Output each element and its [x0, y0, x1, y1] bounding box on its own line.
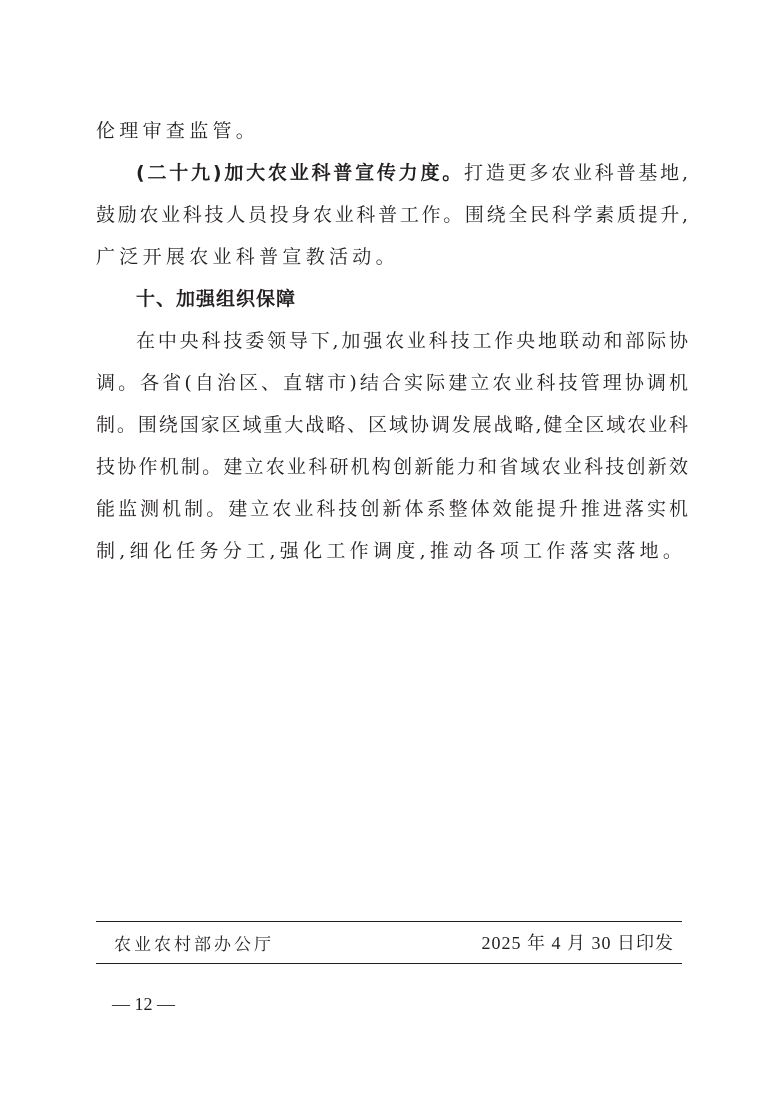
section-heading-text: 十、加强组织保障 — [136, 288, 296, 310]
paragraph-line: 调。各省(自治区、直辖市)结合实际建立农业科技管理协调机 — [96, 362, 688, 404]
line-text: 在中央科技委领导下,加强农业科技工作央地联动和部际协 — [136, 330, 688, 352]
line-text: 打造更多农业科普基地, — [464, 162, 688, 184]
section-heading: 十、加强组织保障 — [96, 278, 688, 320]
line-text: 鼓励农业科技人员投身农业科普工作。围绕全民科学素质提升, — [96, 204, 688, 226]
line-text: 能监测机制。建立农业科技创新体系整体效能提升推进落实机 — [96, 498, 688, 520]
line-text: 制。围绕国家区域重大战略、区域协调发展战略,健全区域农业科 — [96, 414, 688, 436]
line-text: 伦理审查监管。 — [96, 120, 259, 142]
paragraph-line: 制,细化任务分工,强化工作调度,推动各项工作落实落地。 — [96, 530, 688, 572]
line-text: 技协作机制。建立农业科研机构创新能力和省域农业科技创新效 — [96, 456, 688, 478]
paragraph-line: 鼓励农业科技人员投身农业科普工作。围绕全民科学素质提升, — [96, 194, 688, 236]
line-text: 广泛开展农业科普宣教活动。 — [96, 246, 399, 268]
colophon: 农业农村部办公厅 2025 年 4 月 30 日印发 — [96, 921, 682, 963]
item-29-title: (二十九)加大农业科普宣传力度。 — [136, 162, 464, 184]
document-page: 伦理审查监管。 (二十九)加大农业科普宣传力度。打造更多农业科普基地, 鼓励农业… — [0, 0, 775, 1101]
page-number: — 12 — — [112, 994, 175, 1015]
body-text: 伦理审查监管。 (二十九)加大农业科普宣传力度。打造更多农业科普基地, 鼓励农业… — [96, 110, 688, 572]
paragraph-line: 技协作机制。建立农业科研机构创新能力和省域农业科技创新效 — [96, 446, 688, 488]
line-text: 调。各省(自治区、直辖市)结合实际建立农业科技管理协调机 — [96, 372, 688, 394]
paragraph-line: 广泛开展农业科普宣教活动。 — [96, 236, 688, 278]
colophon-bottom-rule — [96, 963, 682, 964]
paragraph-line: (二十九)加大农业科普宣传力度。打造更多农业科普基地, — [96, 152, 688, 194]
issuer: 农业农村部办公厅 — [114, 930, 274, 955]
paragraph-line: 在中央科技委领导下,加强农业科技工作央地联动和部际协 — [96, 320, 688, 362]
issue-date: 2025 年 4 月 30 日印发 — [482, 929, 675, 955]
paragraph-line: 伦理审查监管。 — [96, 110, 688, 152]
paragraph-line: 制。围绕国家区域重大战略、区域协调发展战略,健全区域农业科 — [96, 404, 688, 446]
line-text: 制,细化任务分工,强化工作调度,推动各项工作落实落地。 — [96, 540, 686, 562]
paragraph-line: 能监测机制。建立农业科技创新体系整体效能提升推进落实机 — [96, 488, 688, 530]
